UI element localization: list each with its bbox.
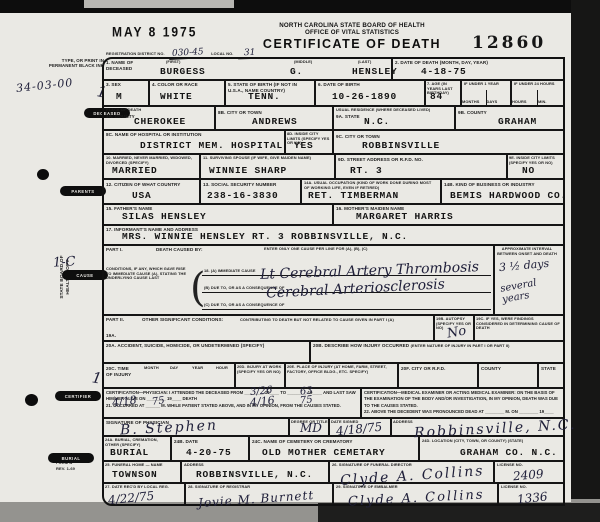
field-race: 4. COLOR OR RACE WHITE	[150, 81, 226, 105]
injury-month-label: MONTH	[144, 366, 159, 371]
father-value: SILAS HENSLEY	[122, 211, 207, 222]
field-death-county: PLACE OF DEATH 8a. COUNTY CHEROKEE	[104, 107, 216, 129]
hospital-value: DISTRICT MEM. HOSPITAL	[140, 140, 283, 151]
field-date-of-death: 2. DATE OF DEATH (MONTH, DAY, YEAR) 4-18…	[393, 59, 563, 79]
injury-city-label: 20f. CITY OR R.F.D.	[401, 366, 445, 372]
residence-state-value: N.C.	[364, 116, 390, 127]
spouse-value: WINNIE SHARP	[209, 165, 287, 176]
name-label: 1. NAME OF DECEASED	[106, 60, 146, 71]
funeral-home-name-value: TOWNSON	[112, 469, 158, 480]
field-name-of-deceased: 1. NAME OF DECEASED (FIRST) (MIDDLE) (LA…	[104, 59, 393, 79]
field-occupation: 14a. USUAL OCCUPATION (KIND OF WORK DONE…	[302, 180, 442, 203]
residence-city-label: 9c. CITY OR TOWN	[336, 134, 380, 140]
row-place-of-death: PLACE OF DEATH 8a. COUNTY CHEROKEE 8b. C…	[104, 107, 563, 131]
received-date-stamp: MAY 8 1975	[112, 24, 197, 40]
occupation-label: 14a. USUAL OCCUPATION (KIND OF WORK DONE…	[304, 181, 436, 190]
field-state-of-birth: 5. STATE OF BIRTH (IF NOT IN U.S.A., NAM…	[226, 81, 316, 105]
deceased-last-name: HENSLEY	[352, 66, 398, 77]
field-embalmer-signature: 29. SIGNATURE OF EMBALMER Clyde A. Colli…	[334, 484, 499, 504]
certification-physician-text: CERTIFICATION—PHYSICIAN: I ATTENDED THE …	[106, 390, 358, 403]
registrar-signature-label: 28. SIGNATURE OF REGISTRAR	[188, 485, 250, 490]
usual-residence-section-label: USUAL RESIDENCE (WHERE DECEASED LIVED)	[336, 108, 452, 113]
deceased-middle-initial: G.	[290, 66, 303, 77]
funeral-home-label: 25. FUNERAL HOME — NAME	[105, 463, 163, 468]
cause-a-label: 18. (a) IMMEDIATE CAUSE	[204, 269, 256, 274]
field-residence-city: 9c. CITY OR TOWN ROBBINSVILLE	[334, 131, 563, 153]
part2-note: CONTRIBUTING TO DEATH BUT NOT RELATED TO…	[240, 318, 394, 323]
hole-punch-dot-lower	[25, 394, 38, 406]
injury-state-label: STATE	[541, 366, 556, 372]
ssn-value: 238-16-3830	[207, 190, 279, 201]
field-surviving-spouse: 11. SURVIVING SPOUSE (IF WIFE, GIVE MAID…	[201, 155, 336, 178]
certificate-form: 1. NAME OF DECEASED (FIRST) (MIDDLE) (LA…	[102, 57, 565, 506]
under24-label: IF UNDER 24 HOURS	[514, 82, 555, 87]
death-inside-city-value: YES	[294, 140, 314, 151]
ssn-label: 13. SOCIAL SECURITY NUMBER	[203, 182, 276, 188]
date-received-label: 27. DATE REC'D BY LOCAL REG.	[105, 485, 169, 490]
last-alive-year-handwritten: 75	[299, 394, 313, 406]
injury-hour-label: HOUR	[216, 366, 228, 371]
row-injury-manner: 20a. ACCIDENT, SUICIDE, HOMICIDE, OR UND…	[104, 342, 563, 364]
field-place-of-injury: 20e. PLACE OF INJURY (AT HOME, FARM, STR…	[286, 364, 399, 387]
local-number-label: LOCAL NO.	[211, 51, 233, 56]
industry-label: 14b. KIND OF BUSINESS OR INDUSTRY	[444, 182, 535, 188]
part2-heading: OTHER SIGNIFICANT CONDITIONS:	[142, 317, 223, 323]
row-burial: 24a. BURIAL, CREMATION, OTHER (SPECIFY) …	[104, 437, 563, 462]
field-if-under-1-year: IF UNDER 1 YEAR MONTHS DAYS	[462, 81, 512, 105]
print-instruction-note: TYPE, OR PRINT IN PERMANENT BLACK INK	[38, 58, 104, 69]
place-of-death-section-label: PLACE OF DEATH	[106, 108, 141, 113]
field-how-injury-occurred: 20b. DESCRIBE HOW INJURY OCCURRED (ENTER…	[311, 342, 563, 362]
field-injury-at-work: 20d. INJURY AT WORK (SPECIFY YES OR NO)	[236, 364, 286, 387]
under1-months-label: MONTHS	[462, 99, 479, 104]
board-name: NORTH CAROLINA STATE BOARD OF HEALTH	[252, 22, 452, 29]
row-informant: 17. INFORMANT'S NAME AND ADDRESS MRS. WI…	[104, 226, 563, 246]
field-embalmer-license: LICENSE NO. 1336	[499, 484, 563, 504]
row-marital: 10. MARRIED, NEVER MARRIED, WIDOWED, DIV…	[104, 155, 563, 180]
under24-min-cell: MIN.	[538, 90, 563, 105]
field-autopsy-findings: 19c. IF YES, WERE FINDINGS CONSIDERED IN…	[475, 316, 563, 340]
row-citizenship-work: 12. CITIZEN OF WHAT COUNTRY USA 13. SOCI…	[104, 180, 563, 205]
field-burial-type: 24a. BURIAL, CREMATION, OTHER (SPECIFY) …	[104, 437, 172, 460]
field-physician-signature: SIGNATURE OF PHYSICIAN B. Stephen	[104, 419, 290, 435]
death-city-label: 8b. CITY OR TOWN	[218, 110, 262, 116]
field-date-of-birth: 6. DATE OF BIRTH 10-26-1890	[316, 81, 426, 105]
funeral-home-address-value: ROBBINSVILLE, N.C.	[196, 469, 313, 480]
burial-type-label: 24a. BURIAL, CREMATION, OTHER (SPECIFY)	[105, 438, 167, 447]
autopsy-value-handwritten: No	[446, 323, 468, 341]
part2-main: PART II. OTHER SIGNIFICANT CONDITIONS: C…	[104, 316, 435, 340]
citizen-label: 12. CITIZEN OF WHAT COUNTRY	[106, 182, 180, 188]
injury-at-work-label: 20d. INJURY AT WORK (SPECIFY YES OR NO)	[237, 365, 283, 374]
mother-value: MARGARET HARRIS	[356, 211, 454, 222]
field-death-city: 8b. CITY OR TOWN ANDREWS	[216, 107, 334, 129]
certification-physician: CERTIFICATION—PHYSICIAN: I ATTENDED THE …	[104, 389, 362, 417]
field-informant: 17. INFORMANT'S NAME AND ADDRESS MRS. WI…	[104, 226, 563, 244]
certification-medical-examiner: CERTIFICATION—MEDICAL EXAMINER OR ACTING…	[362, 389, 563, 417]
scan-right-edge	[571, 0, 600, 522]
row-certification-text: CERTIFICATION—PHYSICIAN: I ATTENDED THE …	[104, 389, 563, 419]
cause-line-c: (c) DUE TO, OR AS A CONSEQUENCE OF	[202, 293, 491, 310]
autopsy-findings-label: 19c. IF YES, WERE FINDINGS CONSIDERED IN…	[476, 317, 560, 331]
field-mother-name: 16. MOTHER'S MAIDEN NAME MARGARET HARRIS	[334, 205, 563, 224]
burial-date-label: 24b. DATE	[174, 439, 198, 445]
part1-interval-column: APPROXIMATE INTERVAL BETWEEN ONSET AND D…	[495, 246, 563, 314]
field-residence-county: 9b. COUNTY GRAHAM	[456, 107, 563, 129]
name-col-last: (LAST)	[358, 60, 371, 65]
attended-to-year-handwritten: 75	[151, 395, 165, 408]
tab-parents: PARENTS	[60, 186, 106, 196]
field-certifier-address: ADDRESS Robbinsville, N.C.	[392, 419, 563, 435]
injury-county-label: COUNTY	[481, 366, 501, 372]
residence-inside-city-value: NO	[522, 165, 535, 176]
under24-hours-cell: HOURS	[512, 90, 538, 105]
street-label: 9d. STREET ADDRESS OR R.F.D. NO.	[338, 157, 423, 163]
field-funeral-home-address: ADDRESS ROBBINSVILLE, N.C.	[182, 462, 330, 482]
death-county-label: 8a. COUNTY	[106, 114, 135, 120]
dob-label: 6. DATE OF BIRTH	[318, 82, 360, 88]
field-cemetery-location: 24d. LOCATION (CITY, TOWN, OR COUNTY) (S…	[420, 437, 563, 460]
certificate-title: CERTIFICATE OF DEATH	[252, 37, 452, 51]
district-label: REGISTRATION DISTRICT NO.	[106, 51, 165, 56]
row-funeral-home: 25. FUNERAL HOME — NAME TOWNSON ADDRESS …	[104, 462, 563, 484]
certificate-number: 12860	[472, 33, 546, 53]
certification-me-text: CERTIFICATION—MEDICAL EXAMINER OR ACTING…	[364, 390, 561, 409]
last-alive-date-handwritten: 4/16	[249, 394, 275, 410]
place-of-injury-label: 20e. PLACE OF INJURY (AT HOME, FARM, STR…	[287, 365, 395, 374]
spouse-label: 11. SURVIVING SPOUSE (IF WIFE, GIVE MAID…	[203, 156, 329, 161]
field-death-inside-city-limits: 8d. INSIDE CITY LIMITS (SPECIFY YES OR N…	[286, 131, 334, 153]
scan-top-edge-gap	[84, 0, 234, 8]
death-city-value: ANDREWS	[252, 116, 298, 127]
residence-city-value: ROBBINSVILLE	[362, 140, 440, 151]
residence-county-value: GRAHAM	[498, 116, 537, 127]
field-residence-state: USUAL RESIDENCE (WHERE DECEASED LIVED) 9…	[334, 107, 456, 129]
sex-label: 3. SEX	[106, 82, 121, 88]
street-value: RT. 3	[350, 165, 383, 176]
cause-line-a: 18. (a) IMMEDIATE CAUSE Lt Cerebral Arte…	[202, 259, 491, 276]
field-registrar-signature: 28. SIGNATURE OF REGISTRAR Jovie M. Burn…	[186, 484, 334, 504]
under1-months-cell: MONTHS	[462, 90, 487, 105]
part2-num: 19a.	[106, 333, 116, 339]
race-value: WHITE	[160, 91, 193, 102]
embalmer-license-label: LICENSE NO.	[501, 485, 527, 490]
row-name-and-death-date: 1. NAME OF DECEASED (FIRST) (MIDDLE) (LA…	[104, 59, 563, 81]
under24-hours-label: HOURS	[512, 99, 527, 104]
embalmer-signature-label: 29. SIGNATURE OF EMBALMER	[336, 485, 398, 490]
certification-physician-text2: 21. OCCURRED AT ______ M. WHILE PATIENT …	[106, 403, 358, 409]
funeral-director-label: 26. SIGNATURE OF FUNERAL DIRECTOR	[332, 463, 412, 468]
field-physician-degree: DEGREE OR TITLE MD	[290, 419, 330, 435]
field-father-name: 15. FATHER'S NAME SILAS HENSLEY	[104, 205, 334, 224]
cemetery-location-value: GRAHAM CO. N.C.	[460, 447, 558, 458]
section-part1-cause-of-death: PART I. DEATH CAUSED BY: ENTER ONLY ONE …	[104, 246, 563, 316]
section-part2: PART II. OTHER SIGNIFICANT CONDITIONS: C…	[104, 316, 563, 342]
occupation-value: RET. TIMBERMAN	[308, 190, 399, 201]
informant-value: MRS. WINNIE HENSLEY RT. 3 ROBBINSVILLE, …	[122, 231, 408, 242]
under1-subcells: MONTHS DAYS	[462, 90, 510, 105]
sex-value: M	[116, 91, 123, 102]
date-of-death-value: 4-18-75	[421, 66, 467, 77]
part1-heading: DEATH CAUSED BY:	[156, 247, 203, 253]
birth-state-value: TENN.	[248, 91, 281, 102]
field-funeral-director-license: LICENSE NO. 2409	[495, 462, 563, 482]
under1-label: IF UNDER 1 YEAR	[464, 82, 499, 87]
residence-state-label: 9a. STATE	[336, 114, 360, 120]
cause-line-b: (b) DUE TO, OR AS A CONSEQUENCE OF Cereb…	[202, 276, 491, 293]
interval-header: APPROXIMATE INTERVAL BETWEEN ONSET AND D…	[496, 247, 558, 256]
row-hospital: 8c. NAME OF HOSPITAL OR INSTITUTION DIST…	[104, 131, 563, 155]
field-funeral-home-name: 25. FUNERAL HOME — NAME TOWNSON	[104, 462, 182, 482]
residence-inside-city-label: 9e. INSIDE CITY LIMITS (SPECIFY YES OR N…	[509, 156, 557, 165]
injury-year-label: YEAR	[192, 366, 203, 371]
age-value: 84	[430, 91, 443, 102]
field-injury-state: STATE	[539, 364, 563, 387]
cause-c-label: (c) DUE TO, OR AS A CONSEQUENCE OF	[204, 303, 285, 308]
form-number-note-2: REV. 1-69	[56, 467, 75, 472]
part1-note: ENTER ONLY ONE CAUSE PER LINE FOR (a), (…	[264, 247, 367, 252]
name-col-first: (FIRST)	[166, 60, 181, 65]
race-label: 4. COLOR OR RACE	[152, 82, 198, 88]
field-cemetery: 24c. NAME OF CEMETERY OR CREMATORY OLD M…	[250, 437, 420, 460]
field-industry: 14b. KIND OF BUSINESS OR INDUSTRY BEMIS …	[442, 180, 563, 203]
field-date-signed: DATE SIGNED 4/18/75	[330, 419, 392, 435]
office-name: OFFICE OF VITAL STATISTICS	[252, 29, 452, 36]
interval-a-handwritten: 3 ½ days	[499, 257, 550, 274]
residence-county-label: 9b. COUNTY	[458, 110, 487, 116]
part1-label: PART I.	[106, 247, 123, 253]
marital-label: 10. MARRIED, NEVER MARRIED, WIDOWED, DIV…	[106, 156, 196, 165]
field-hospital: 8c. NAME OF HOSPITAL OR INSTITUTION DIST…	[104, 131, 286, 153]
field-burial-date: 24b. DATE 4-20-75	[172, 437, 250, 460]
date-received-handwritten: 4/22/75	[107, 489, 154, 508]
field-injury-city: 20f. CITY OR R.F.D.	[399, 364, 479, 387]
manner-label: 20a. ACCIDENT, SUICIDE, HOMICIDE, OR UND…	[106, 343, 306, 349]
row-injury-details: 20c. TIME OF INJURY MONTH DAY YEAR HOUR …	[104, 364, 563, 389]
under1-days-cell: DAYS	[487, 90, 511, 105]
industry-value: BEMIS HARDWOOD CO.	[450, 190, 567, 201]
field-residence-inside-city-limits: 9e. INSIDE CITY LIMITS (SPECIFY YES OR N…	[508, 155, 563, 178]
deceased-first-name: BURGESS	[160, 66, 206, 77]
field-ssn: 13. SOCIAL SECURITY NUMBER 238-16-3830	[201, 180, 302, 203]
field-accident-suicide-homicide: 20a. ACCIDENT, SUICIDE, HOMICIDE, OR UND…	[104, 342, 311, 362]
degree-handwritten: MD	[300, 421, 322, 435]
under24-min-label: MIN.	[538, 99, 547, 104]
funeral-home-address-label: ADDRESS	[184, 463, 204, 468]
marital-value: MARRIED	[112, 165, 158, 176]
part1-main: PART I. DEATH CAUSED BY: ENTER ONLY ONE …	[104, 246, 495, 314]
tab-certifier: CERTIFIER	[55, 391, 101, 401]
row-physician-signature: SIGNATURE OF PHYSICIAN B. Stephen DEGREE…	[104, 419, 563, 437]
embalmer-license-handwritten: 1336	[516, 489, 548, 506]
certificate-page: MAY 8 1975 REGISTRATION DISTRICT NO. 030…	[0, 13, 571, 502]
tab-burial: BURIAL	[48, 453, 94, 463]
time-of-injury-label: 20c. TIME OF INJURY	[106, 366, 136, 377]
hospital-label: 8c. NAME OF HOSPITAL OR INSTITUTION	[106, 132, 226, 138]
field-if-under-24-hours: IF UNDER 24 HOURS HOURS MIN.	[512, 81, 563, 105]
under1-days-label: DAYS	[487, 99, 498, 104]
address-label: ADDRESS	[393, 420, 413, 425]
injury-day-label: DAY	[170, 366, 178, 371]
burial-date-value: 4-20-75	[186, 447, 232, 458]
funeral-license-label: LICENSE NO.	[497, 463, 523, 468]
under24-subcells: HOURS MIN.	[512, 90, 563, 105]
row-demographics: 3. SEX M 4. COLOR OR RACE WHITE 5. STATE…	[104, 81, 563, 107]
field-sex: 3. SEX M	[104, 81, 150, 105]
cemetery-location-label: 24d. LOCATION (CITY, TOWN, OR COUNTY) (S…	[422, 439, 523, 444]
how-injury-label: 20b. DESCRIBE HOW INJURY OCCURRED (ENTER…	[313, 343, 510, 349]
name-col-middle: (MIDDLE)	[294, 60, 312, 65]
funeral-license-handwritten: 2409	[512, 467, 544, 484]
row-parents: 15. FATHER'S NAME SILAS HENSLEY 16. MOTH…	[104, 205, 563, 226]
field-time-of-injury: 20c. TIME OF INJURY MONTH DAY YEAR HOUR	[104, 364, 236, 387]
scanned-death-certificate: MAY 8 1975 REGISTRATION DISTRICT NO. 030…	[0, 0, 600, 522]
cemetery-label: 24c. NAME OF CEMETERY OR CREMATORY	[252, 439, 353, 445]
part2-label: PART II.	[106, 317, 124, 323]
field-autopsy: 19b. AUTOPSY (SPECIFY YES OR NO) No	[435, 316, 475, 340]
field-street-address: 9d. STREET ADDRESS OR R.F.D. NO. RT. 3	[336, 155, 508, 178]
field-injury-county: COUNTY	[479, 364, 539, 387]
dob-value: 10-26-1890	[332, 91, 397, 102]
cemetery-value: OLD MOTHER CEMETARY	[262, 447, 386, 458]
field-marital-status: 10. MARRIED, NEVER MARRIED, WIDOWED, DIV…	[104, 155, 201, 178]
form-title-block: NORTH CAROLINA STATE BOARD OF HEALTH OFF…	[252, 22, 452, 51]
date-of-death-label: 2. DATE OF DEATH (MONTH, DAY, YEAR)	[395, 60, 488, 66]
citizen-value: USA	[132, 190, 152, 201]
field-funeral-director-signature: 26. SIGNATURE OF FUNERAL DIRECTOR Clyde …	[330, 462, 495, 482]
interval-b-handwritten: several years	[500, 274, 557, 305]
part1-conditions-note: CONDITIONS, IF ANY, WHICH GAVE RISE TO I…	[106, 267, 192, 281]
field-date-received-local: 27. DATE REC'D BY LOCAL REG. 4/22/75	[104, 484, 186, 504]
row-registrar: 27. DATE REC'D BY LOCAL REG. 4/22/75 28.…	[104, 484, 563, 504]
certification-me-text2: 22. ABOVE THE DECEDENT WAS PRONOUNCED DE…	[364, 409, 561, 415]
death-county-value: CHEROKEE	[134, 116, 186, 127]
margin-code-handwritten: 34-03-00	[15, 76, 73, 95]
field-age: 7. AGE (IN YEARS LAST BIRTHDAY) 84	[426, 81, 462, 105]
burial-type-value: BURIAL	[110, 447, 149, 458]
hole-punch-dot-upper	[37, 169, 49, 180]
field-citizen: 12. CITIZEN OF WHAT COUNTRY USA	[104, 180, 201, 203]
